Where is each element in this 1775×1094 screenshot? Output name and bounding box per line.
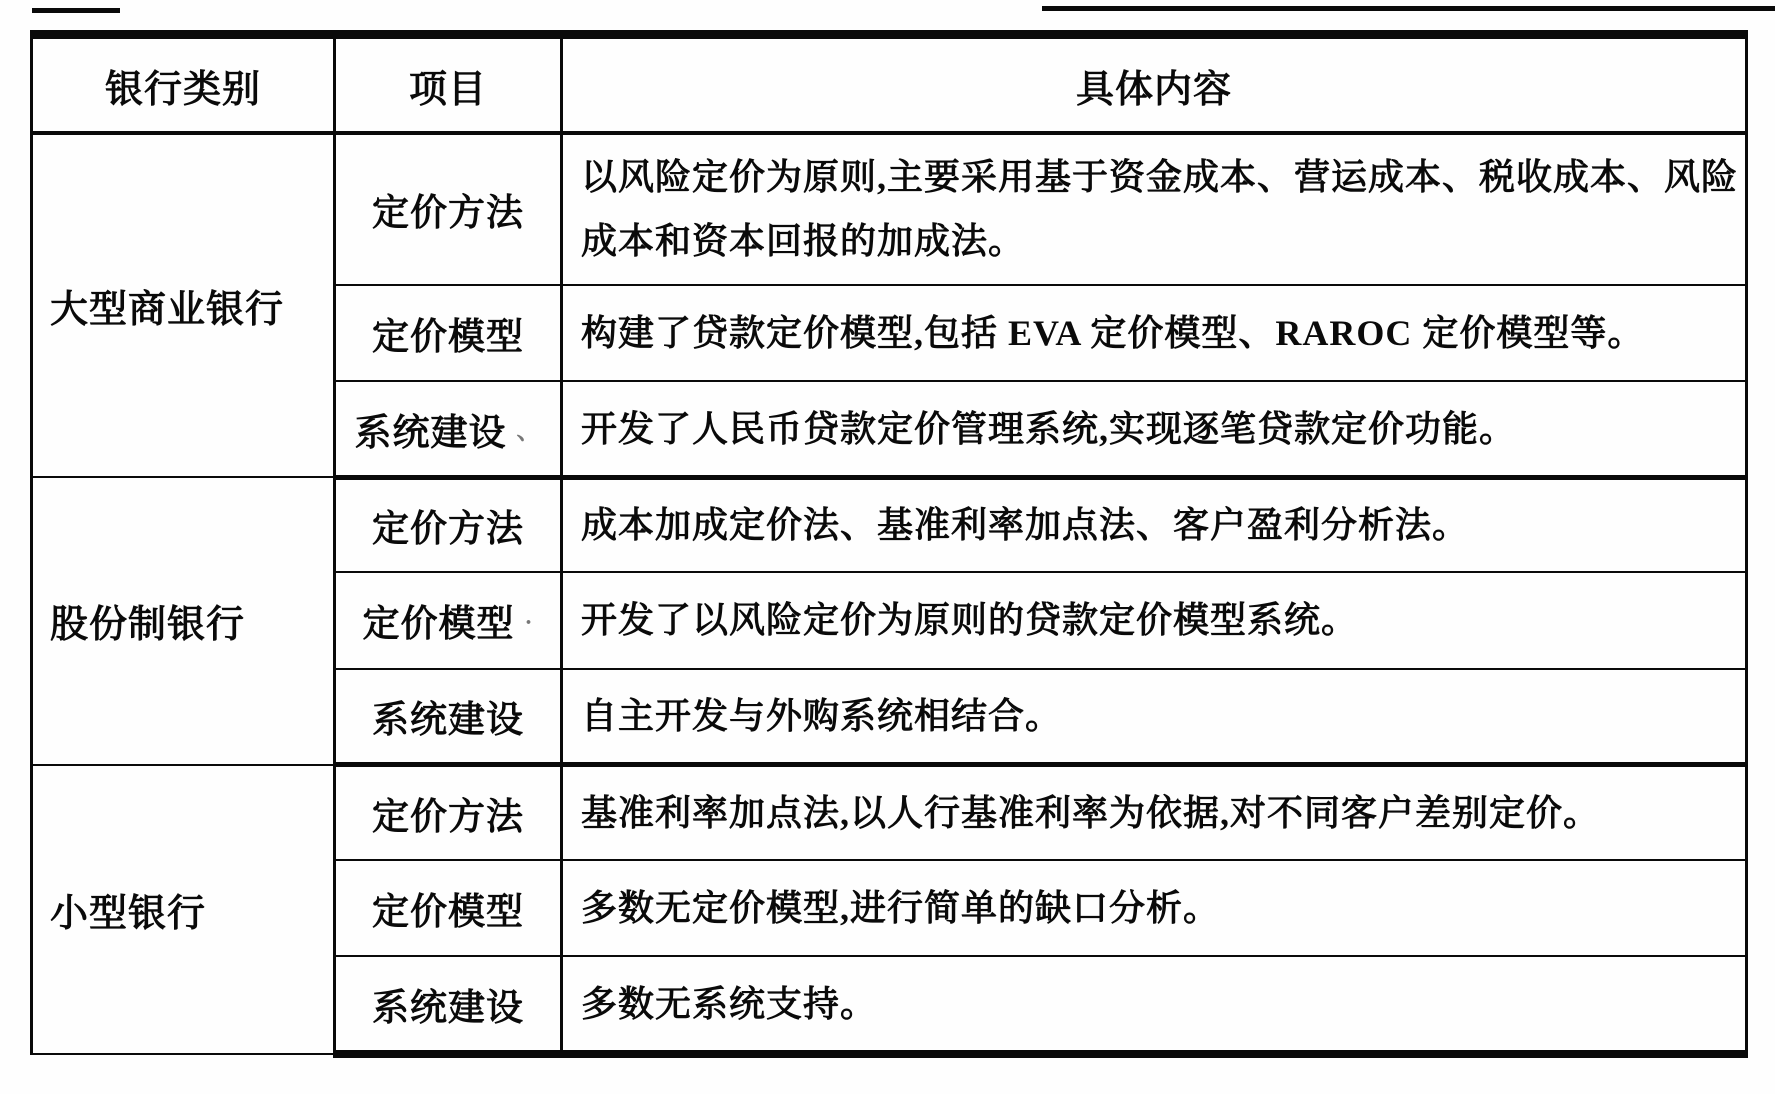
scan-mark-artifact: · [514,610,533,636]
content-text: 自主开发与外购系统相结合。 [562,669,1747,765]
table-row: 小型银行 定价方法 基准利率加点法,以人行基准利率为依据,对不同客户差别定价。 [32,765,1747,861]
scan-line-artifact [1042,6,1775,11]
item-label: 定价模型· [335,572,562,669]
content-text: 多数无系统支持。 [562,956,1747,1054]
item-label: 定价方法 [335,133,562,284]
content-text: 多数无定价模型,进行简单的缺口分析。 [562,860,1747,956]
scan-line-artifact [32,8,120,13]
scan-mark-artifact: 、 [507,419,542,445]
item-label: 系统建设、 [335,381,562,477]
item-label: 定价模型 [335,860,562,956]
bank-pricing-table: 银行类别 项目 具体内容 大型商业银行 定价方法 以风险定价为原则,主要采用基于… [30,30,1748,1058]
header-content: 具体内容 [562,35,1747,134]
content-text: 开发了人民币贷款定价管理系统,实现逐笔贷款定价功能。 [562,381,1747,477]
table-row: 股份制银行 定价方法 成本加成定价法、基准利率加点法、客户盈利分析法。 [32,477,1747,572]
content-text: 开发了以风险定价为原则的贷款定价模型系统。 [562,572,1747,669]
item-label: 定价方法 [335,477,562,572]
content-text: 构建了贷款定价模型,包括 EVA 定价模型、RAROC 定价模型等。 [562,285,1747,382]
header-item: 项目 [335,35,562,134]
bank-category-joint-stock: 股份制银行 [32,477,335,764]
bank-category-small: 小型银行 [32,765,335,1054]
item-label: 定价方法 [335,765,562,861]
header-bank-category: 银行类别 [32,35,335,134]
content-text: 基准利率加点法,以人行基准利率为依据,对不同客户差别定价。 [562,765,1747,861]
table-row: 大型商业银行 定价方法 以风险定价为原则,主要采用基于资金成本、营运成本、税收成… [32,133,1747,284]
table-header-row: 银行类别 项目 具体内容 [32,35,1747,134]
content-text: 成本加成定价法、基准利率加点法、客户盈利分析法。 [562,477,1747,572]
item-label: 系统建设 [335,669,562,765]
item-label: 系统建设 [335,956,562,1054]
scanned-page: 银行类别 项目 具体内容 大型商业银行 定价方法 以风险定价为原则,主要采用基于… [0,0,1775,1094]
content-text: 以风险定价为原则,主要采用基于资金成本、营运成本、税收成本、风险 成本和资本回报… [562,133,1747,284]
item-label: 定价模型 [335,285,562,382]
bank-category-large-commercial: 大型商业银行 [32,133,335,477]
